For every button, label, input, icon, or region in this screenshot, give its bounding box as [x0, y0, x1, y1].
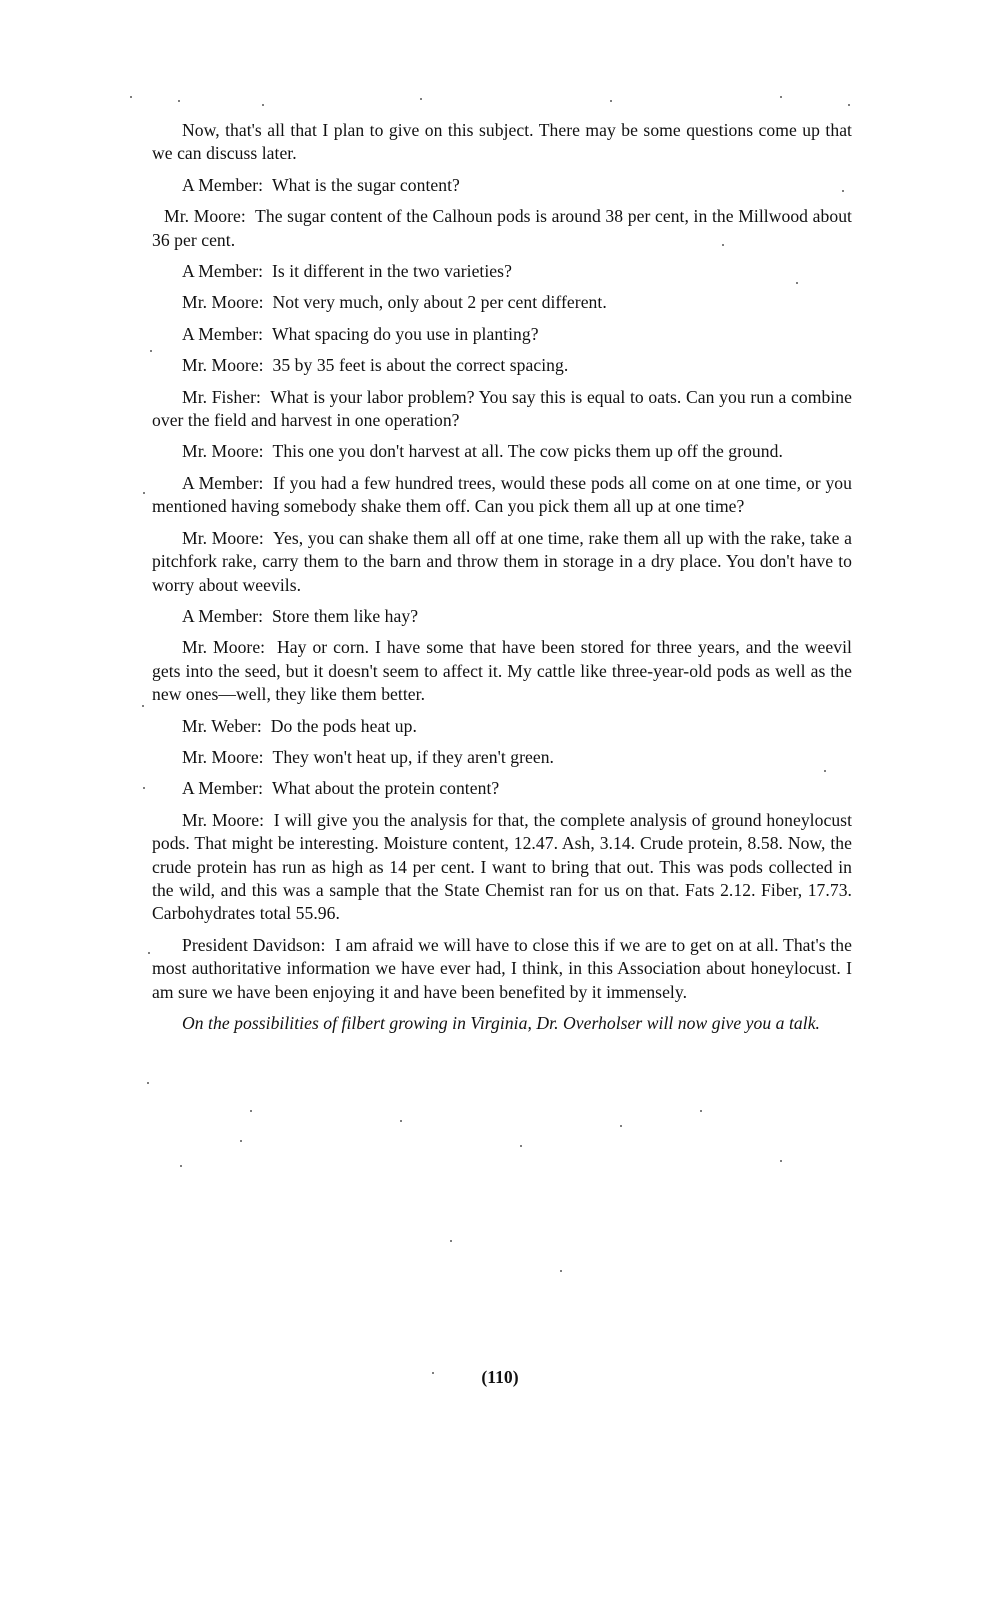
speck [147, 1082, 149, 1084]
paragraph-text: Not very much, only about 2 per cent dif… [273, 292, 607, 312]
page-number: (110) [0, 1367, 1000, 1388]
speck [420, 98, 422, 100]
paragraph-text: This one you don't harvest at all. The c… [273, 441, 783, 461]
paragraph-text: Now, that's all that I plan to give on t… [152, 120, 852, 163]
speck [560, 1270, 562, 1272]
paragraph-dialogue: Mr. Moore:35 by 35 feet is about the cor… [152, 354, 852, 377]
speaker-label: A Member: [182, 324, 272, 344]
speck [130, 96, 132, 98]
paragraph-dialogue: A Member:Is it different in the two vari… [152, 260, 852, 283]
speck [178, 100, 180, 102]
speck [150, 350, 152, 352]
speaker-label: Mr. Moore: [182, 747, 273, 767]
paragraph-text: 35 by 35 feet is about the correct spaci… [273, 355, 569, 375]
speck [432, 1372, 434, 1374]
speck [520, 1145, 522, 1147]
speck [780, 96, 782, 98]
paragraph-dialogue: Mr. Moore:Hay or corn. I have some that … [152, 636, 852, 706]
paragraph-dialogue: Mr. Weber:Do the pods heat up. [152, 715, 852, 738]
speck [722, 244, 724, 246]
paragraph-text: On the possibilities of filbert growing … [182, 1013, 820, 1033]
speaker-label: Mr. Weber: [182, 716, 271, 736]
speaker-label: Mr. Moore: [182, 810, 274, 830]
speaker-label: A Member: [182, 175, 272, 195]
paragraph-dialogue: President Davidson:I am afraid we will h… [152, 934, 852, 1004]
speaker-label: Mr. Moore: [182, 292, 273, 312]
paragraph-dialogue: Mr. Moore:I will give you the analysis f… [152, 809, 852, 926]
paragraph-dialogue: Mr. Moore:Yes, you can shake them all of… [152, 527, 852, 597]
paragraph-dialogue: A Member:What is the sugar content? [152, 174, 852, 197]
speck [400, 1120, 402, 1122]
paragraph-text: What is the sugar content? [272, 175, 460, 195]
speck [796, 282, 798, 284]
paragraph-dialogue: Mr. Moore:The sugar content of the Calho… [152, 205, 852, 252]
speck [180, 1165, 182, 1167]
paragraph-intro: Now, that's all that I plan to give on t… [152, 119, 852, 166]
document-page: Now, that's all that I plan to give on t… [152, 119, 852, 1043]
paragraph-transition: On the possibilities of filbert growing … [152, 1012, 852, 1035]
speck [610, 100, 612, 102]
speck [148, 952, 150, 954]
paragraph-text: Do the pods heat up. [271, 716, 417, 736]
speck [142, 705, 144, 707]
paragraph-dialogue: A Member:What about the protein content? [152, 777, 852, 800]
speaker-label: Mr. Fisher: [182, 387, 270, 407]
paragraph-text: Is it different in the two varieties? [272, 261, 512, 281]
paragraph-dialogue: A Member:Store them like hay? [152, 605, 852, 628]
speck [842, 190, 844, 192]
speck [700, 1110, 702, 1112]
speaker-label: Mr. Moore: [182, 355, 273, 375]
speck [620, 1125, 622, 1127]
speck [143, 492, 145, 494]
speck [262, 104, 264, 106]
speaker-label: Mr. Moore: [182, 637, 277, 657]
paragraph-dialogue: Mr. Moore:Not very much, only about 2 pe… [152, 291, 852, 314]
speck [143, 787, 145, 789]
paragraph-text: What about the protein content? [272, 778, 499, 798]
paragraph-text: The sugar content of the Calhoun pods is… [152, 206, 852, 249]
speaker-label: A Member: [182, 473, 273, 493]
speaker-label: A Member: [182, 606, 272, 626]
speaker-label: Mr. Moore: [164, 206, 255, 226]
paragraph-dialogue: A Member:What spacing do you use in plan… [152, 323, 852, 346]
paragraph-dialogue: Mr. Fisher:What is your labor problem? Y… [152, 386, 852, 433]
speck [240, 1140, 242, 1142]
paragraph-dialogue: Mr. Moore:They won't heat up, if they ar… [152, 746, 852, 769]
speaker-label: Mr. Moore: [182, 528, 273, 548]
speck [824, 770, 826, 772]
paragraph-dialogue: A Member:If you had a few hundred trees,… [152, 472, 852, 519]
paragraph-text: What spacing do you use in planting? [272, 324, 539, 344]
paragraph-text: Store them like hay? [272, 606, 418, 626]
speck [450, 1240, 452, 1242]
speaker-label: Mr. Moore: [182, 441, 273, 461]
paragraph-text: They won't heat up, if they aren't green… [273, 747, 554, 767]
speck [780, 1160, 782, 1162]
speaker-label: A Member: [182, 778, 272, 798]
speaker-label: A Member: [182, 261, 272, 281]
speck [250, 1110, 252, 1112]
paragraph-dialogue: Mr. Moore:This one you don't harvest at … [152, 440, 852, 463]
speaker-label: President Davidson: [182, 935, 335, 955]
speck [848, 104, 850, 106]
